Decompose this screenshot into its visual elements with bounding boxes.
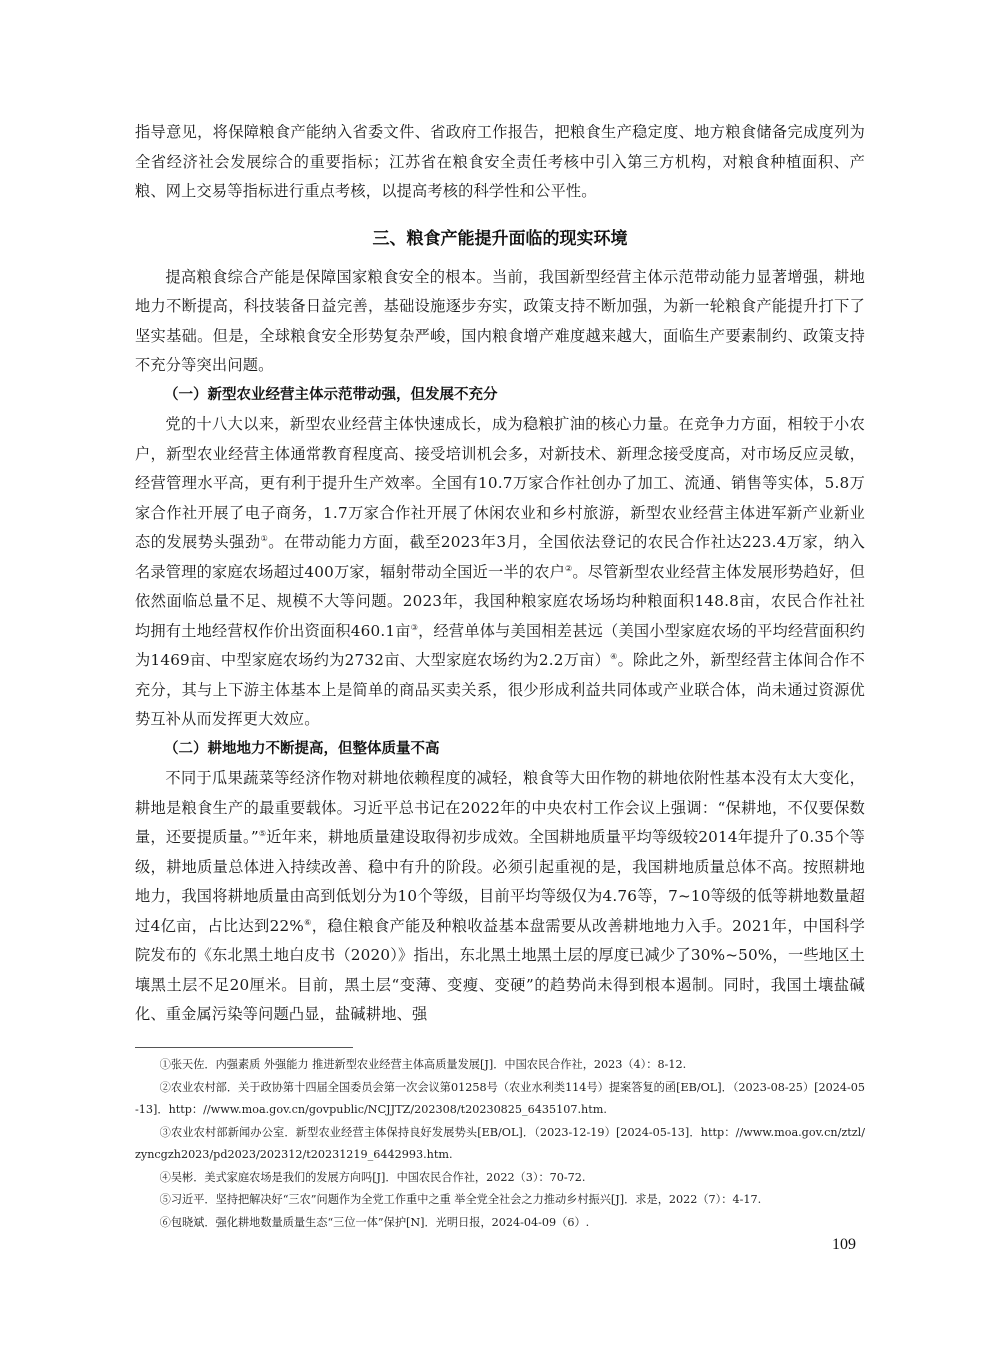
footnote-1: ①张天佐．内强素质 外强能力 推进新型农业经营主体高质量发展[J]．中国农民合作… — [135, 1054, 865, 1077]
footnote-6: ⑥包晓斌．强化耕地数量质量生态“三位一体”保护[N]．光明日报，2024-04-… — [135, 1212, 865, 1235]
section-title: 三、粮食产能提升面临的现实环境 — [135, 225, 865, 253]
footnote-ref-6[interactable]: ⑥ — [304, 917, 312, 926]
subsection-2-title: （二）耕地地力不断提高，但整体质量不高 — [135, 735, 865, 765]
page-body: 指导意见，将保障粮食产能纳入省委文件、省政府工作报告，把粮食生产稳定度、地方粮食… — [135, 118, 865, 1030]
subsection-1-paragraph: 党的十八大以来，新型农业经营主体快速成长，成为稳粮扩油的核心力量。在竞争力方面，… — [135, 410, 865, 735]
subsection-2-paragraph: 不同于瓜果蔬菜等经济作物对耕地依赖程度的减轻，粮食等大田作物的耕地依附性基本没有… — [135, 764, 865, 1030]
footnote-ref-3[interactable]: ③ — [411, 622, 418, 631]
page-number: 109 — [832, 1236, 856, 1254]
subsection-1-title: （一）新型农业经营主体示范带动强，但发展不充分 — [135, 381, 865, 411]
footnote-4: ④吴彬．美式家庭农场是我们的发展方向吗[J]．中国农民合作社，2022（3）：7… — [135, 1167, 865, 1190]
footnote-3: ③农业农村部新闻办公室．新型农业经营主体保持良好发展势头[EB/OL]．（202… — [135, 1122, 865, 1167]
footnote-separator — [135, 1047, 353, 1048]
footnote-ref-4[interactable]: ④ — [610, 652, 617, 661]
footnotes: ①张天佐．内强素质 外强能力 推进新型农业经营主体高质量发展[J]．中国农民合作… — [135, 1054, 865, 1234]
footnote-2: ②农业农村部．关于政协第十四届全国委员会第一次会议第01258号（农业水利类11… — [135, 1077, 865, 1122]
text-segment: 党的十八大以来，新型农业经营主体快速成长，成为稳粮扩油的核心力量。在竞争力方面，… — [135, 415, 865, 551]
footnote-5: ⑤习近平．坚持把解决好“三农”问题作为全党工作重中之重 举全党全社会之力推动乡村… — [135, 1189, 865, 1212]
intro-paragraph: 指导意见，将保障粮食产能纳入省委文件、省政府工作报告，把粮食生产稳定度、地方粮食… — [135, 118, 865, 207]
section-paragraph: 提高粮食综合产能是保障国家粮食安全的根本。当前，我国新型经营主体示范带动能力显著… — [135, 263, 865, 381]
